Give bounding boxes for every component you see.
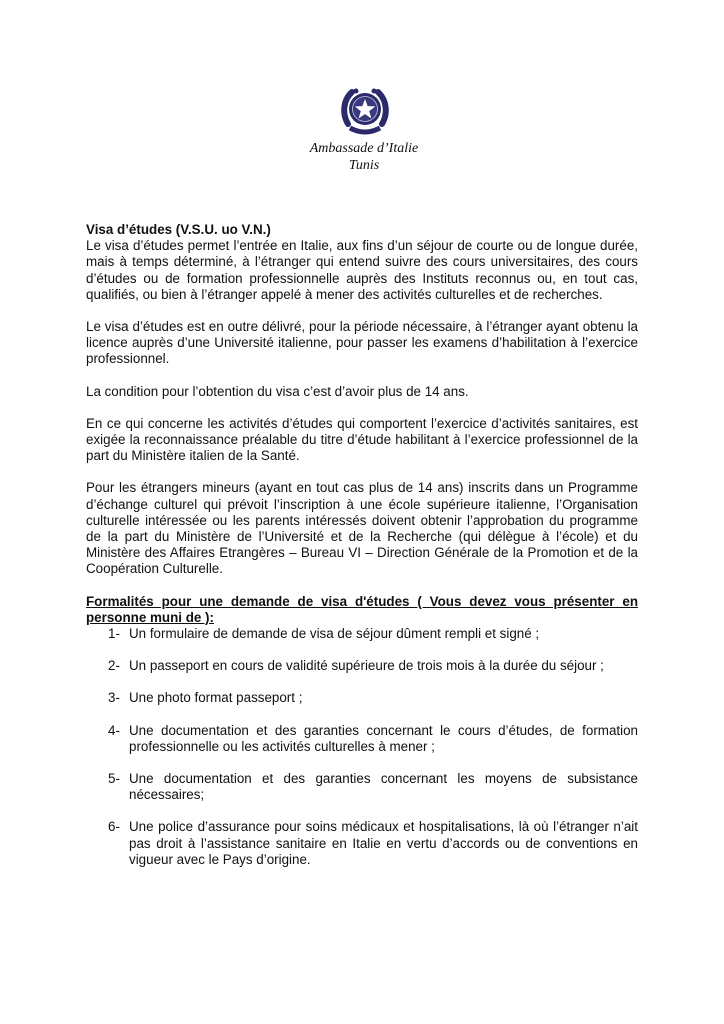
list-item: 1- Un formulaire de demande de visa de s… (86, 626, 638, 642)
formalities-title: Formalités pour une demande de visa d'ét… (86, 594, 638, 626)
paragraph-intro: Le visa d’études permet l’entrée en Ital… (86, 238, 638, 303)
embassy-name: Ambassade d’Italie (2, 141, 724, 157)
document-page: Ambassade d’Italie Tunis Visa d’études (… (0, 0, 724, 1024)
list-item-number: 3- (108, 690, 120, 706)
paragraph-licence: Le visa d’études est en outre délivré, p… (86, 319, 638, 368)
list-item: 6- Une police d’assurance pour soins méd… (86, 819, 638, 868)
list-item-number: 4- (108, 723, 120, 739)
document-title: Visa d’études (V.S.U. uo V.N.) (86, 222, 638, 238)
list-item-number: 5- (108, 771, 120, 787)
list-item-number: 2- (108, 658, 120, 674)
paragraph-sanitary: En ce qui concerne les activités d’étude… (86, 416, 638, 465)
list-item-text: Un formulaire de demande de visa de séjo… (129, 626, 539, 641)
list-item-number: 1- (108, 626, 120, 642)
list-item-text: Une documentation et des garanties conce… (129, 723, 638, 754)
embassy-city: Tunis (2, 158, 724, 174)
list-item-number: 6- (108, 819, 120, 835)
paragraph-age-condition: La condition pour l’obtention du visa c’… (86, 384, 638, 400)
list-item: 4- Une documentation et des garanties co… (86, 723, 638, 755)
list-item-text: Une police d’assurance pour soins médica… (129, 819, 638, 866)
requirements-list: 1- Un formulaire de demande de visa de s… (86, 626, 638, 868)
list-item: 2- Un passeport en cours de validité sup… (86, 658, 638, 674)
list-item-text: Une photo format passeport ; (129, 690, 302, 705)
italian-republic-emblem-icon (340, 84, 390, 136)
list-item: 5- Une documentation et des garanties co… (86, 771, 638, 803)
list-item: 3- Une photo format passeport ; (86, 690, 638, 706)
list-item-text: Un passeport en cours de validité supéri… (129, 658, 604, 673)
list-item-text: Une documentation et des garanties conce… (129, 771, 638, 802)
paragraph-minors: Pour les étrangers mineurs (ayant en tou… (86, 480, 638, 577)
document-body: Visa d’études (V.S.U. uo V.N.) Le visa d… (86, 222, 638, 868)
